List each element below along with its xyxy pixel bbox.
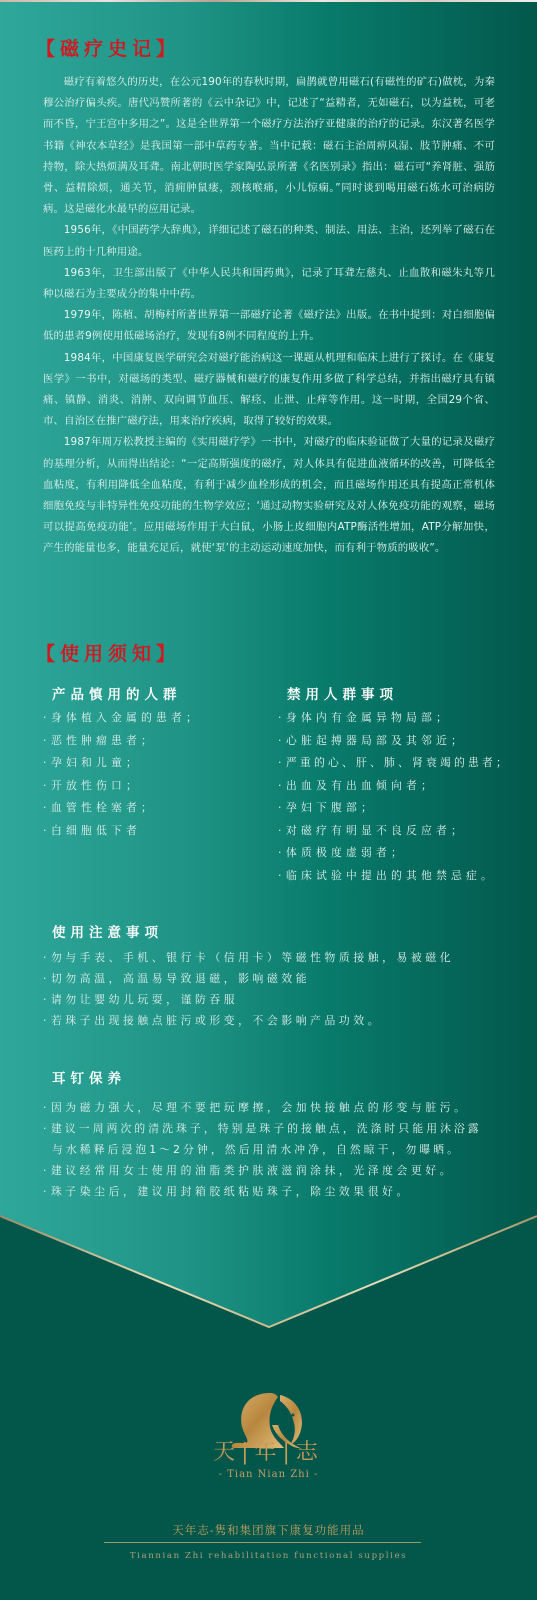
forbidden-group-title: 禁用人群事项: [287, 683, 398, 703]
top-image-strip: [0, 0, 537, 2]
list-item: ·因为磁力强大，尽理不要把玩摩擦，会加快接触点的形变与脏污。: [43, 1097, 482, 1118]
usage-section-title: 【使用须知】: [36, 639, 180, 666]
product-detail-page: 【磁疗史记】 磁疗有着悠久的历史，在公元190年的春秋时期，扁鹊就曾用磁石(有磁…: [0, 0, 537, 1600]
tagline-divider: [104, 1542, 421, 1543]
list-item: ·请勿让婴幼儿玩耍，谨防吞服: [43, 989, 454, 1010]
tagline-cn: 天年志-隽和集团旗下康复功能用品: [0, 1522, 537, 1538]
list-item: ·珠子染尘后，建议用封箱胶纸粘贴珠子，除尘效果很好。: [43, 1181, 482, 1202]
list-item: ·恶性肿瘤患者；: [43, 730, 201, 753]
history-text: 磁疗有着悠久的历史，在公元190年的春秋时期，扁鹊就曾用磁石(有磁性的矿石)做枕…: [43, 72, 495, 560]
list-item: ·建议一周两次的清洗珠子，特别是珠子的接触点，洗涤时只能用沐浴露: [43, 1118, 482, 1139]
brand-name-en: - Tian Nian Zhi -: [0, 1469, 537, 1480]
list-item: ·出血及有出血倾向者；: [278, 775, 510, 798]
forbidden-list: ·身体内有金属异物局部； ·心脏起搏器局部及其邻近； ·严重的心、肝、肺、肾衰竭…: [278, 707, 510, 887]
caution-group-title: 产品慎用的人群: [52, 683, 182, 703]
list-item: ·白细胞低下者: [43, 820, 201, 843]
list-item: ·临床试验中提出的其他禁忌症。: [278, 865, 510, 888]
care-list: ·因为磁力强大，尽理不要把玩摩擦，会加快接触点的形变与脏污。 ·建议一周两次的清…: [43, 1097, 482, 1202]
notes-list: ·勿与手表、手机、银行卡（信用卡）等磁性物质接触，易被磁化 ·切勿高温，高温易导…: [43, 947, 454, 1031]
list-item: ·严重的心、肝、肺、肾衰竭的患者；: [278, 752, 510, 775]
list-item: 与水稀释后浸泡1～2分钟，然后用清水冲净，自然晾干，勿曝晒。: [43, 1139, 482, 1160]
list-item: ·心脏起搏器局部及其邻近；: [278, 730, 510, 753]
list-item: ·身体内有金属异物局部；: [278, 707, 510, 730]
care-title: 耳钉保养: [52, 1067, 126, 1087]
brand-name-cn: 天|年|志: [0, 1435, 537, 1466]
history-paragraph: 1963年，卫生部出版了《中华人民共和国药典》，记录了耳聋左慈丸、止血散和磁朱丸…: [43, 263, 495, 305]
list-item: ·若珠子出现接触点脏污或形变，不会影响产品功效。: [43, 1010, 454, 1031]
history-paragraph: 1956年，《中国药学大辞典》，详细记述了磁石的种类、制法、用法、主治，还列举了…: [43, 220, 495, 262]
list-item: ·对磁疗有明显不良反应者；: [278, 820, 510, 843]
list-item: ·孕妇和儿童；: [43, 752, 201, 775]
caution-list: ·身体植入金属的患者； ·恶性肿瘤患者； ·孕妇和儿童； ·开放性伤口； ·血管…: [43, 707, 201, 842]
list-item: ·切勿高温，高温易导致退磁，影响磁效能: [43, 968, 454, 989]
list-item: ·血管性栓塞者；: [43, 797, 201, 820]
list-item: ·勿与手表、手机、银行卡（信用卡）等磁性物质接触，易被磁化: [43, 947, 454, 968]
history-paragraph: 1979年，陈植、胡梅村所著世界第一部磁疗论著《磁疗法》出版。在书中提到：对白细…: [43, 305, 495, 347]
history-paragraph: 1984年，中国康复医学研究会对磁疗能治病这一课题从机理和临床上进行了探讨。在《…: [43, 348, 495, 433]
list-item: ·体质极度虚弱者；: [278, 842, 510, 865]
history-paragraph: 磁疗有着悠久的历史，在公元190年的春秋时期，扁鹊就曾用磁石(有磁性的矿石)做枕…: [43, 72, 495, 220]
list-item: ·建议经常用女士使用的油脂类护肤液滋润涂抹，光泽度会更好。: [43, 1160, 482, 1181]
tagline-en: Tiannian Zhi rehabilitation functional s…: [0, 1551, 537, 1561]
history-section-title: 【磁疗史记】: [36, 34, 180, 61]
notes-title: 使用注意事项: [52, 921, 163, 941]
history-paragraph: 1987年周万松教授主编的《实用磁疗学》一书中，对磁疗的临床验证做了大量的记录及…: [43, 432, 495, 559]
list-item: ·开放性伤口；: [43, 775, 201, 798]
list-item: ·孕妇下腹部；: [278, 797, 510, 820]
list-item: ·身体植入金属的患者；: [43, 707, 201, 730]
